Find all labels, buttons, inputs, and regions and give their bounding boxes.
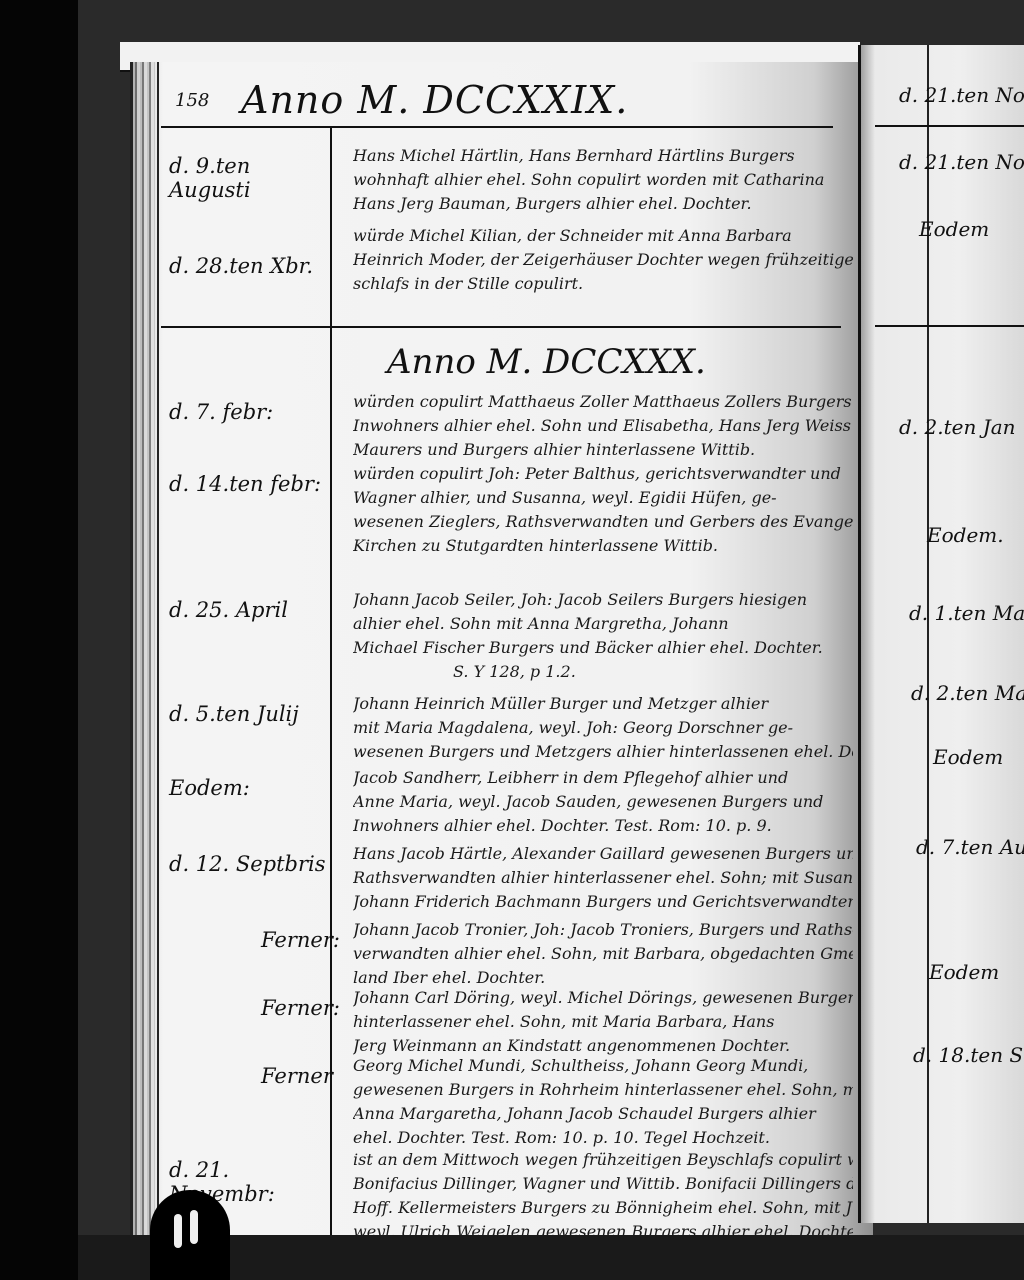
entry-line: Kirchen zu Stutgardten hinterlassene Wit…	[353, 534, 853, 558]
entry-line: Johann Heinrich Müller Burger und Metzge…	[353, 692, 853, 716]
holding-thumb	[150, 1190, 230, 1280]
entry-text: Johann Jacob Seiler, Joh: Jacob Seilers …	[353, 588, 853, 684]
entry-line: Bonifacius Dillinger, Wagner und Wittib.…	[353, 1172, 853, 1196]
year-subheading: Anno M. DCCXXX.	[387, 342, 706, 382]
entry-line: würde Michel Kilian, der Schneider mit A…	[353, 224, 853, 248]
entry-date: Eodem:	[169, 776, 329, 800]
entry-line: Jacob Sandherr, Leibherr in dem Pflegeho…	[353, 766, 853, 790]
entry-date: d. 5.ten Julij	[169, 702, 329, 726]
page-header: 158 Anno M. DCCXXIX.	[161, 70, 833, 128]
entry-line: gewesenen Burgers in Rohrheim hinterlass…	[353, 1078, 853, 1102]
folio-number: 158	[175, 90, 209, 111]
margin-rule	[157, 62, 159, 1240]
entry-text: würden copulirt Joh: Peter Balthus, geri…	[353, 462, 853, 558]
entry-date: Eodem.	[927, 523, 1004, 547]
entry-date: d. 7.ten Augu	[916, 835, 1024, 859]
entry-line: Johann Jacob Seiler, Joh: Jacob Seilers …	[353, 588, 853, 612]
entry-line: Heinrich Moder, der Zeigerhäuser Dochter…	[353, 248, 853, 272]
entry-line: Michael Fischer Burgers und Bäcker alhie…	[353, 636, 853, 660]
entry-line: Rathsverwandten alhier hinterlassener eh…	[353, 866, 853, 890]
entry-text: Johann Carl Döring, weyl. Michel Dörings…	[353, 986, 853, 1058]
entry-line: hinterlassener ehel. Sohn, mit Maria Bar…	[353, 1010, 853, 1034]
entry-line: Georg Michel Mundi, Schultheiss, Johann …	[353, 1054, 853, 1078]
entry-line: Inwohners alhier ehel. Dochter. Test. Ro…	[353, 814, 853, 838]
entry-line: Anna Margaretha, Johann Jacob Schaudel B…	[353, 1102, 853, 1126]
entry-line: würden copulirt Matthaeus Zoller Matthae…	[353, 390, 853, 414]
entry-text: Hans Jacob Härtle, Alexander Gaillard ge…	[353, 842, 853, 914]
entry-date: d. 21.ten Nov.	[899, 83, 1024, 107]
entry-date: Eodem	[929, 960, 999, 984]
right-register-page: d. 21.ten Nov. d. 21.ten Novem Eodem d. …	[858, 45, 1024, 1223]
entry-line: Johann Friderich Bachmann Burgers und Ge…	[353, 890, 853, 914]
entry-line: mit Maria Magdalena, weyl. Joh: Georg Do…	[353, 716, 853, 740]
entry-text: Johann Jacob Tronier, Joh: Jacob Tronier…	[353, 918, 853, 990]
entry-date: Eodem	[919, 217, 989, 241]
entry-text: Johann Heinrich Müller Burger und Metzge…	[353, 692, 853, 764]
entry-text: Georg Michel Mundi, Schultheiss, Johann …	[353, 1054, 853, 1150]
left-register-page: 158 Anno M. DCCXXIX. d. 9.ten Augusti Ha…	[130, 62, 873, 1240]
entry-line: Hans Michel Härtlin, Hans Bernhard Härtl…	[353, 144, 853, 168]
entry-line: Johann Jacob Tronier, Joh: Jacob Tronier…	[353, 918, 853, 942]
entry-line: alhier ehel. Sohn mit Anna Margretha, Jo…	[353, 612, 853, 636]
entry-date: d. 1.ten May	[909, 601, 1024, 625]
entry-line: schlafs in der Stille copulirt.	[353, 272, 853, 296]
entry-line: Inwohners alhier ehel. Sohn und Elisabet…	[353, 414, 853, 438]
entry-date: Eodem	[933, 745, 1003, 769]
row-rule	[875, 325, 1024, 327]
entry-date: d. 7. febr:	[169, 400, 329, 424]
entry-line: ist an dem Mittwoch wegen frühzeitigen B…	[353, 1148, 853, 1172]
entry-text: würden copulirt Matthaeus Zoller Matthae…	[353, 390, 853, 462]
entry-date: d. 28.ten Xbr.	[169, 254, 329, 278]
entry-line: S. Y 128, p 1.2.	[353, 660, 853, 684]
entry-text: würde Michel Kilian, der Schneider mit A…	[353, 224, 853, 296]
entry-line: verwandten alhier ehel. Sohn, mit Barbar…	[353, 942, 853, 966]
page-title: Anno M. DCCXXIX.	[241, 78, 628, 122]
book-binding	[133, 62, 155, 1240]
entry-text: Jacob Sandherr, Leibherr in dem Pflegeho…	[353, 766, 853, 838]
entry-line: Hans Jacob Härtle, Alexander Gaillard ge…	[353, 842, 853, 866]
row-rule	[875, 125, 1024, 127]
entry-date: d. 2.ten May	[911, 681, 1024, 705]
entry-line: Johann Carl Döring, weyl. Michel Dörings…	[353, 986, 853, 1010]
year-section-rule	[161, 326, 841, 328]
entry-line: ehel. Dochter. Test. Rom: 10. p. 10. Teg…	[353, 1126, 853, 1150]
entry-date: d. 12. Septbris	[169, 852, 329, 876]
entry-line: Maurers und Burgers alhier hinterlassene…	[353, 438, 853, 462]
entry-text: Hans Michel Härtlin, Hans Bernhard Härtl…	[353, 144, 853, 216]
entry-date: d. 18.ten Septe	[913, 1043, 1024, 1067]
entry-line: wohnhaft alhier ehel. Sohn copulirt word…	[353, 168, 853, 192]
entry-line: wesenen Zieglers, Rathsverwandten und Ge…	[353, 510, 853, 534]
entry-line: Wagner alhier, und Susanna, weyl. Egidii…	[353, 486, 853, 510]
entry-line: Hoff. Kellermeisters Burgers zu Bönnighe…	[353, 1196, 853, 1220]
entry-date: d. 25. April	[169, 598, 329, 622]
entry-line: Anne Maria, weyl. Jacob Sauden, gewesene…	[353, 790, 853, 814]
entry-line: würden copulirt Joh: Peter Balthus, geri…	[353, 462, 853, 486]
entry-date: d. 2.ten Jan	[899, 415, 1016, 439]
entry-date: d. 9.ten Augusti	[169, 154, 329, 202]
entry-date: d. 14.ten febr:	[169, 472, 329, 496]
entry-text: ist an dem Mittwoch wegen frühzeitigen B…	[353, 1148, 853, 1244]
entry-date: d. 21.ten Novem	[899, 150, 1024, 174]
entry-line: wesenen Burgers und Metzgers alhier hint…	[353, 740, 853, 764]
entry-line: Hans Jerg Bauman, Burgers alhier ehel. D…	[353, 192, 853, 216]
